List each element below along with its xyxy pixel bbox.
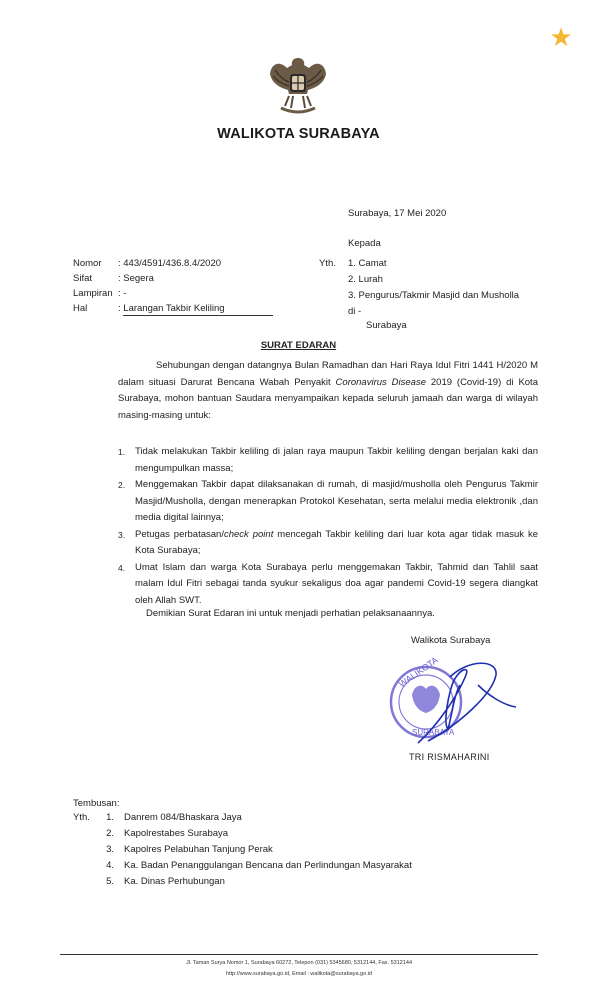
footer-divider bbox=[60, 954, 538, 955]
cc-item: 3.Kapolres Pelabuhan Tanjung Perak bbox=[92, 844, 412, 860]
cc-text: Kapolrestabes Surabaya bbox=[124, 828, 228, 844]
destination-city: Surabaya bbox=[366, 318, 407, 334]
cc-item: 4.Ka. Badan Penanggulangan Bencana dan P… bbox=[92, 860, 412, 876]
meta-value: : Segera bbox=[118, 271, 154, 286]
intro-paragraph: Sehubungan dengan datangnya Bulan Ramadh… bbox=[118, 358, 538, 424]
footer: Jl. Taman Surya Nomor 1, Surabaya 60272,… bbox=[60, 958, 538, 980]
cc-number: 5. bbox=[92, 876, 124, 892]
meta-value: : 443/4591/436.8.4/2020 bbox=[118, 256, 221, 271]
list-text: Petugas perbatasan/check point mencegah … bbox=[135, 527, 538, 560]
recipient-item: 3. Pengurus/Takmir Masjid dan Musholla bbox=[348, 288, 519, 304]
list-item: 1. Tidak melakukan Takbir keliling di ja… bbox=[118, 444, 538, 477]
cc-item: 2.Kapolrestabes Surabaya bbox=[92, 828, 412, 844]
signatory-name: TRI RISMAHARINI bbox=[409, 752, 490, 762]
list-item: 3. Petugas perbatasan/check point menceg… bbox=[118, 527, 538, 560]
recipient-item: 1. Camat bbox=[348, 256, 519, 272]
cc-number: 3. bbox=[92, 844, 124, 860]
list-item: 2. Menggemakan Takbir dapat dilaksanakan… bbox=[118, 477, 538, 527]
list-number: 4. bbox=[118, 560, 135, 610]
recipient-list: 1. Camat 2. Lurah 3. Pengurus/Takmir Mas… bbox=[348, 256, 519, 304]
cc-text: Ka. Dinas Perhubungan bbox=[124, 876, 225, 892]
meta-label: Nomor bbox=[73, 256, 118, 271]
garuda-emblem-icon bbox=[263, 50, 333, 120]
cc-number: 2. bbox=[92, 828, 124, 844]
cc-text: Kapolres Pelabuhan Tanjung Perak bbox=[124, 844, 273, 860]
tembusan-label: Tembusan: bbox=[73, 796, 119, 812]
instruction-list: 1. Tidak melakukan Takbir keliling di ja… bbox=[118, 444, 538, 609]
meta-label: Hal bbox=[73, 301, 118, 316]
yth-label: Yth. bbox=[319, 256, 336, 272]
list-text: Menggemakan Takbir dapat dilaksanakan di… bbox=[135, 477, 538, 527]
letter-meta: Nomor : 443/4591/436.8.4/2020 Sifat : Se… bbox=[73, 256, 273, 316]
meta-value: : - bbox=[118, 286, 126, 301]
list-text: Umat Islam dan warga Kota Surabaya perlu… bbox=[135, 560, 538, 610]
meta-row-nomor: Nomor : 443/4591/436.8.4/2020 bbox=[73, 256, 273, 271]
meta-row-hal: Hal : Larangan Takbir Keliling bbox=[73, 301, 273, 316]
cc-text: Danrem 084/Bhaskara Jaya bbox=[124, 812, 242, 828]
list-text-italic: check point bbox=[224, 529, 273, 540]
cc-number: 4. bbox=[92, 860, 124, 876]
meta-label: Sifat bbox=[73, 271, 118, 286]
cc-item: 5.Ka. Dinas Perhubungan bbox=[92, 876, 412, 892]
di-label: di - bbox=[348, 304, 361, 320]
meta-value: Larangan Takbir Keliling bbox=[123, 301, 273, 316]
signatory-title: Walikota Surabaya bbox=[411, 635, 490, 646]
cc-number: 1. bbox=[92, 812, 124, 828]
official-stamp-signature-icon: WALIKOTA SURABAYA bbox=[388, 655, 528, 750]
intro-italic: Coronavirus Disease bbox=[336, 377, 426, 388]
cc-text: Ka. Badan Penanggulangan Bencana dan Per… bbox=[124, 860, 412, 876]
svg-text:WALIKOTA: WALIKOTA bbox=[397, 655, 440, 689]
section-heading: SURAT EDARAN bbox=[0, 340, 597, 351]
list-text-part: Petugas perbatasan/ bbox=[135, 529, 224, 540]
cc-list: 1.Danrem 084/Bhaskara Jaya 2.Kapolrestab… bbox=[92, 812, 412, 892]
meta-label: Lampiran bbox=[73, 286, 118, 301]
list-number: 1. bbox=[118, 444, 135, 477]
list-text: Tidak melakukan Takbir keliling di jalan… bbox=[135, 444, 538, 477]
footer-contact: http://www.surabaya.go.id, Email : walik… bbox=[60, 969, 538, 980]
page-title: WALIKOTA SURABAYA bbox=[0, 126, 597, 142]
list-item: 4. Umat Islam dan warga Kota Surabaya pe… bbox=[118, 560, 538, 610]
star-icon[interactable]: ★ bbox=[548, 24, 574, 50]
footer-address: Jl. Taman Surya Nomor 1, Surabaya 60272,… bbox=[60, 958, 538, 969]
cc-item: 1.Danrem 084/Bhaskara Jaya bbox=[92, 812, 412, 828]
meta-row-sifat: Sifat : Segera bbox=[73, 271, 273, 286]
recipient-item: 2. Lurah bbox=[348, 272, 519, 288]
list-number: 2. bbox=[118, 477, 135, 527]
list-number: 3. bbox=[118, 527, 135, 560]
cc-yth-label: Yth. bbox=[73, 812, 90, 823]
kepada-label: Kepada bbox=[348, 236, 381, 252]
meta-row-lampiran: Lampiran : - bbox=[73, 286, 273, 301]
letter-date: Surabaya, 17 Mei 2020 bbox=[348, 206, 446, 222]
closing-sentence: Demikian Surat Edaran ini untuk menjadi … bbox=[146, 608, 435, 619]
